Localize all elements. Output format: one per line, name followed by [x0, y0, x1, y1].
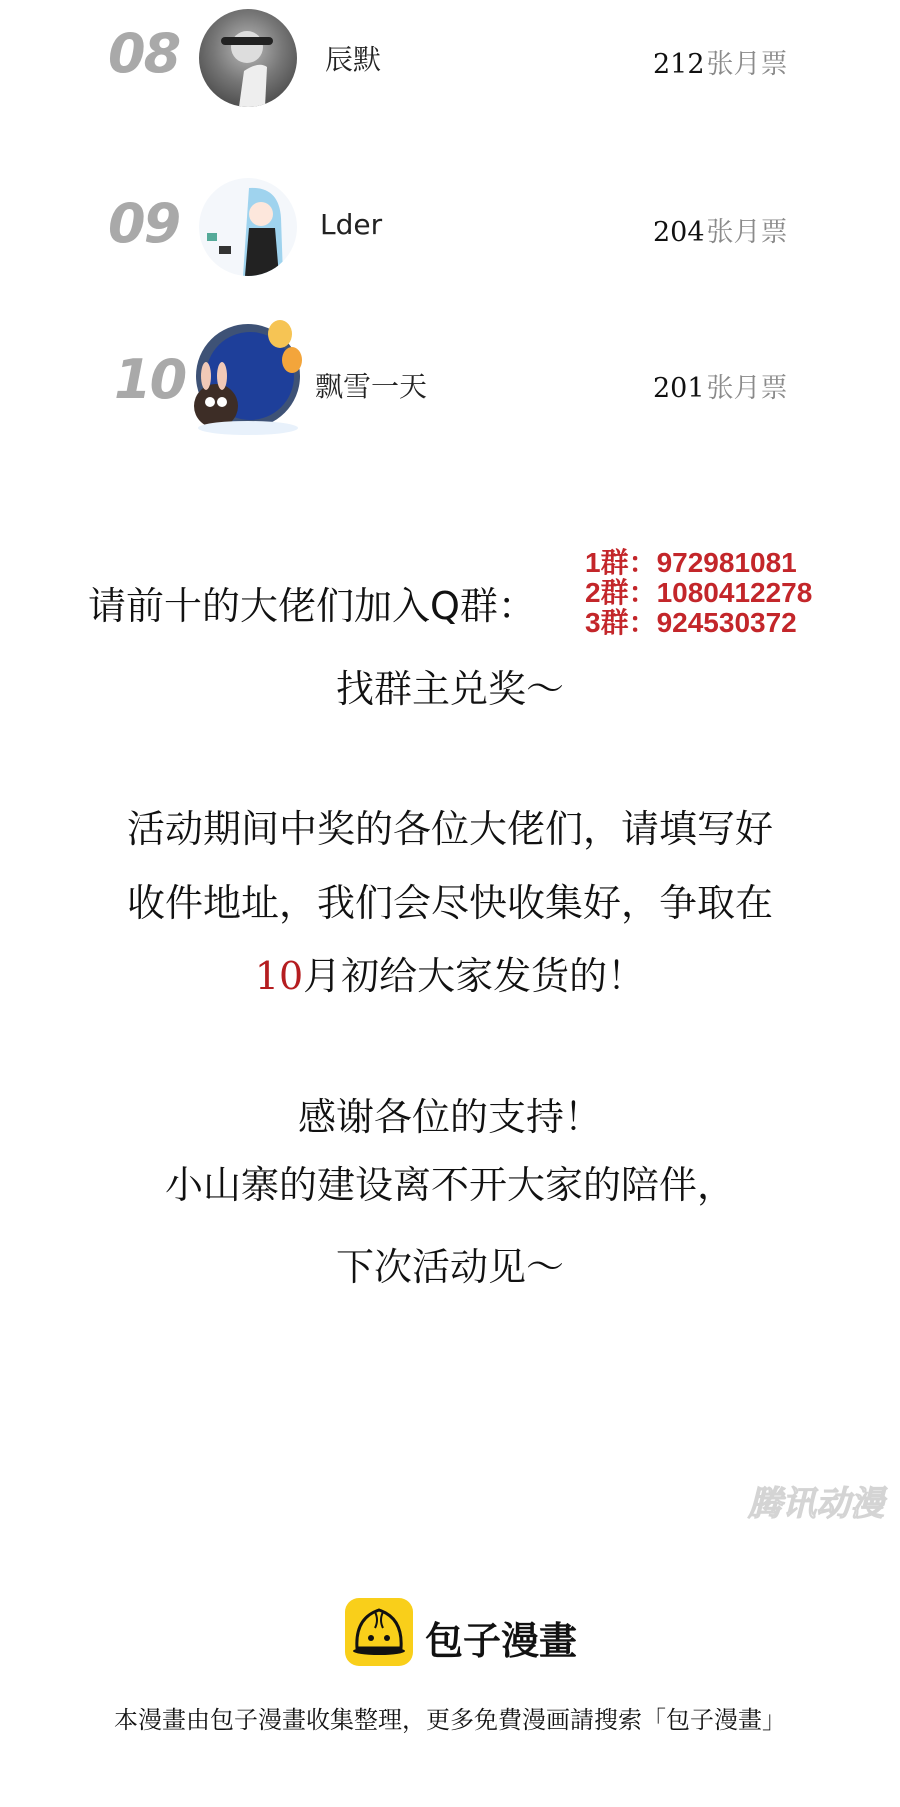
vote-count: 201张月票 — [653, 366, 788, 405]
user-avatar — [188, 318, 308, 436]
qq-group-1: 1群：972981081 — [585, 548, 797, 578]
thanks-line-2: 小山寨的建设离不开大家的陪伴， — [0, 1154, 900, 1209]
join-prompt: 请前十的大佬们加入Q群： — [88, 575, 536, 630]
thanks-line-3: 下次活动见～ — [0, 1236, 900, 1291]
vote-count: 212张月票 — [653, 42, 788, 81]
moon-lantern-avatar-icon — [188, 318, 308, 436]
photo-avatar-icon — [199, 9, 297, 107]
username: 辰默 — [325, 38, 381, 78]
footer-note: 本漫畫由包子漫畫收集整理，更多免費漫画請搜索「包子漫畫」 — [0, 1700, 900, 1735]
username: Lder — [320, 208, 382, 241]
user-avatar — [199, 178, 297, 276]
qq-group-3: 3群：924530372 — [585, 608, 797, 638]
notice-line-2: 收件地址，我们会尽快收集好，争取在 — [0, 872, 900, 927]
user-avatar — [199, 9, 297, 107]
rank-number: 10 — [114, 348, 185, 411]
tencent-comic-watermark: 腾讯动漫 — [748, 1476, 884, 1525]
rank-number: 09 — [108, 192, 179, 255]
baozi-logo-icon — [345, 1598, 413, 1666]
qq-group-2: 2群：1080412278 — [585, 578, 812, 608]
notice-line-3: 10月初给大家发货的！ — [0, 945, 900, 1000]
thanks-line-1: 感谢各位的支持！ — [0, 1086, 900, 1141]
brand-name: 包子漫畫 — [425, 1610, 577, 1665]
redeem-text: 找群主兑奖～ — [0, 658, 900, 713]
anime-avatar-icon — [199, 178, 297, 276]
rank-number: 08 — [108, 22, 179, 85]
vote-count: 204张月票 — [653, 210, 788, 249]
username: 飘雪一天 — [315, 365, 427, 405]
notice-line-1: 活动期间中奖的各位大佬们，请填写好 — [0, 798, 900, 853]
